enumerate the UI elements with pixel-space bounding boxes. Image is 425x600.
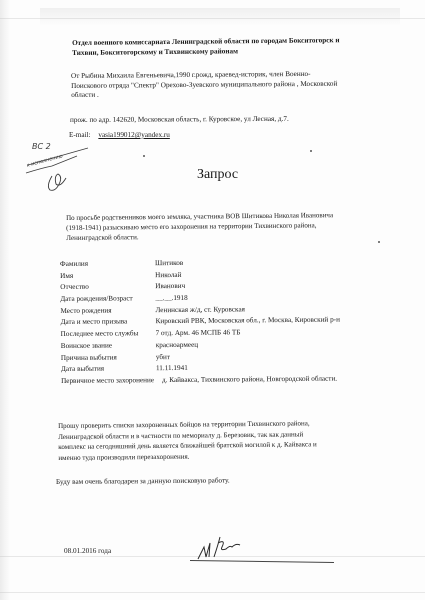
- scan-speck: [310, 150, 312, 152]
- sender-block: От Рыбина Михаила Евгеньевича,1990 г.рож…: [71, 70, 337, 101]
- document-date: 08.01.2016 года: [64, 547, 111, 555]
- stamp-note-line: ВС 2: [32, 142, 51, 151]
- signature-line: [190, 560, 334, 563]
- scan-artifact: [0, 592, 425, 593]
- field-value: __.__.1918: [155, 293, 187, 305]
- email-link[interactable]: vasia199012@yandex.ru: [98, 131, 170, 139]
- field-value: 7 отд. Арм. 46 МСПБ 46 ТБ: [156, 328, 241, 340]
- document-title: Запрос: [197, 167, 238, 183]
- field-burial-place: Первичное место захоронение д. Кайвакса,…: [61, 373, 421, 388]
- field-value: Ленинская ж/д, ст. Куровская: [155, 304, 245, 316]
- intro-line: Ленинградской области.: [66, 230, 333, 243]
- field-label: Имя: [60, 270, 155, 283]
- scanned-page: Отдел военного комиссариата Ленинградско…: [0, 0, 425, 600]
- request-paragraph: Прошу проверить списки захороненных бойц…: [58, 418, 317, 463]
- sender-address: прож. по адр. 142620, Московская область…: [70, 115, 289, 124]
- field-label: Отчество: [60, 282, 155, 295]
- soldier-details: Фамилия Шитиков Имя Николай Отчество Ива…: [60, 256, 421, 388]
- field-value: 11.11.1941: [156, 363, 188, 375]
- field-value: убит: [156, 352, 170, 364]
- field-label: Дата выбытия: [61, 363, 156, 376]
- field-value: красноармеец: [156, 340, 198, 352]
- scan-speck: [378, 241, 380, 243]
- field-label: Место рождения: [60, 305, 155, 318]
- request-line: именно туда производили перезахоронения.: [58, 450, 317, 463]
- field-label: Причина выбытия: [61, 352, 156, 365]
- scan-edge: [40, 8, 400, 26]
- field-label: Последнее место службы: [61, 328, 156, 341]
- field-value: д. Кайвакса, Тихвинского района, Новгоро…: [162, 373, 337, 386]
- field-label: Фамилия: [60, 258, 155, 271]
- field-value: Николай: [155, 270, 181, 282]
- field-value: Кировский РВК, Московская обл., г. Москв…: [156, 315, 340, 328]
- thanks-line: Буду вам очень благодарен за данную поис…: [56, 476, 230, 486]
- signature-icon: [196, 533, 256, 561]
- field-value: Иванович: [155, 281, 185, 293]
- field-label: Первичное место захоронение: [61, 375, 154, 387]
- field-label: Дата рождения/Возраст: [60, 293, 155, 306]
- recipient-header: Отдел военного комиссариата Ленинградско…: [72, 35, 340, 58]
- field-label: Воинское звание: [61, 340, 156, 353]
- scan-speck: [143, 155, 145, 157]
- field-label: Дата и место призыва: [61, 317, 156, 330]
- field-value: Шитиков: [155, 258, 183, 270]
- recipient-header-line: Тихвин, Бокситогорскому и Тихвинскому ра…: [72, 45, 340, 58]
- scan-edge: [0, 0, 10, 600]
- stamp-note: ВС 2: [32, 142, 51, 151]
- intro-paragraph: По просьбе родственников моего земляка, …: [66, 210, 333, 243]
- scan-artifact: [0, 18, 425, 19]
